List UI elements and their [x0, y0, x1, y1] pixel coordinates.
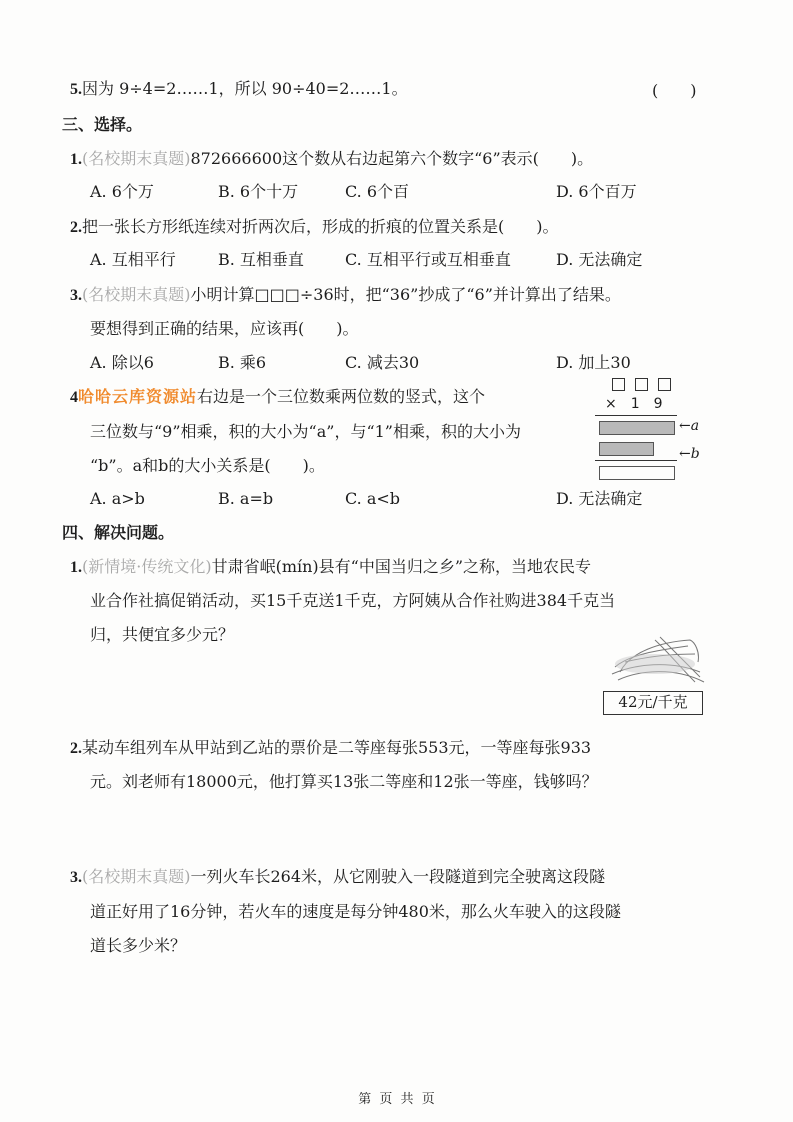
question-text-line2: 业合作社搞促销活动，买15千克送1千克，方阿姨从合作社购进384千克当 [90, 590, 615, 612]
price-tag: 42元/千克 [603, 691, 703, 715]
rule-line [595, 460, 677, 461]
section-title-problems: 四、解决问题。 [62, 522, 174, 544]
question-text-line2: 三位数与“9”相乘，积的大小为“a”，与“1”相乘，积的大小为 [90, 421, 521, 443]
question-5: 5.因为 9÷4=2……1，所以 90÷40=2……1。 [70, 78, 408, 101]
question-number: 4 [70, 389, 78, 406]
option-d[interactable]: D. 无法确定 [556, 488, 642, 510]
product-b-bar [599, 442, 654, 456]
watermark: 哈哈云库资源站 [78, 387, 197, 406]
option-b[interactable]: B. 互相垂直 [218, 249, 304, 271]
option-b[interactable]: B. 6个十万 [218, 181, 298, 203]
problem-2: 2.某动车组列车从甲站到乙站的票价是二等座每张553元，一等座每张933 [70, 737, 591, 760]
option-c[interactable]: C. a<b [345, 488, 400, 510]
question-number: 2. [70, 219, 82, 236]
option-d[interactable]: D. 6个百万 [556, 181, 637, 203]
choice-question-2: 2.把一张长方形纸连续对折两次后，形成的折痕的位置关系是( )。 [70, 216, 559, 239]
question-text-line1: 小明计算□□□÷36时，把“36”抄成了“6”并计算出了结果。 [191, 285, 621, 304]
option-d[interactable]: D. 加上30 [556, 352, 631, 374]
source-tag: (名校期末真题) [82, 149, 191, 168]
option-b[interactable]: B. 乘6 [218, 352, 266, 374]
question-number: 1. [70, 559, 82, 576]
question-text: 872666600这个数从右边起第六个数字“6”表示( )。 [191, 149, 594, 168]
choice-question-4: 4哈哈云库资源站右边是一个三位数乘两位数的竖式，这个 [70, 386, 485, 409]
digit-box [635, 378, 648, 391]
question-text-line3: 归，共便宜多少元？ [90, 624, 234, 646]
rule-line [595, 415, 677, 416]
question-number: 1. [70, 151, 82, 168]
option-c[interactable]: C. 互相平行或互相垂直 [345, 249, 511, 271]
option-c[interactable]: C. 6个百 [345, 181, 409, 203]
option-a[interactable]: A. 除以6 [90, 352, 154, 374]
option-a[interactable]: A. 互相平行 [90, 249, 176, 271]
question-number: 2. [70, 740, 82, 757]
option-a[interactable]: A. a>b [90, 488, 145, 510]
question-text-line1: 一列火车长264米，从它刚驶入一段隧道到完全驶离这段隧 [191, 867, 606, 886]
angelica-herb-illustration [600, 632, 708, 687]
answer-blank[interactable]: ( ) [652, 78, 697, 101]
multiplier: × 1 9 [605, 393, 663, 413]
question-text: 把一张长方形纸连续对折两次后，形成的折痕的位置关系是( )。 [82, 217, 559, 236]
problem-3: 3.(名校期末真题)一列火车长264米，从它刚驶入一段隧道到完全驶离这段隧 [70, 866, 605, 889]
question-number: 3. [70, 869, 82, 886]
digit-box [658, 378, 671, 391]
option-a[interactable]: A. 6个万 [90, 181, 154, 203]
question-text: 因为 9÷4=2……1，所以 90÷40=2……1。 [82, 79, 408, 98]
source-tag: (名校期末真题) [82, 867, 191, 886]
label-b: ←b [679, 446, 700, 462]
source-tag: (名校期末真题) [82, 285, 191, 304]
question-text-line2: 道正好用了16分钟，若火车的速度是每分钟480米，那么火车驶入的这段隧 [90, 901, 621, 923]
question-text-line2: 元。刘老师有18000元，他打算买13张二等座和12张一等座，钱够吗？ [90, 771, 598, 793]
option-c[interactable]: C. 减去30 [345, 352, 419, 374]
question-text-line2: 要想得到正确的结果，应该再( )。 [90, 318, 359, 340]
question-number: 5. [70, 81, 82, 98]
result-bar [599, 466, 675, 480]
question-text-line1: 右边是一个三位数乘两位数的竖式，这个 [197, 387, 485, 406]
choice-question-1: 1.(名校期末真题)872666600这个数从右边起第六个数字“6”表示( )。 [70, 148, 593, 171]
source-tag: (新情境·传统文化) [82, 557, 212, 576]
question-text-line3: “b”。a和b的大小关系是( )。 [90, 455, 325, 477]
product-a-bar [599, 421, 675, 435]
option-d[interactable]: D. 无法确定 [556, 249, 642, 271]
page-footer: 第 页 共 页 [0, 1088, 793, 1107]
option-b[interactable]: B. a=b [218, 488, 273, 510]
question-text-line1: 某动车组列车从甲站到乙站的票价是二等座每张553元，一等座每张933 [82, 738, 591, 757]
question-text-line3: 道长多少米？ [90, 935, 186, 957]
vertical-multiplication-diagram: × 1 9 ←a ←b [595, 378, 715, 488]
digit-box [612, 378, 625, 391]
choice-question-3: 3.(名校期末真题)小明计算□□□÷36时，把“36”抄成了“6”并计算出了结果… [70, 284, 621, 307]
question-number: 3. [70, 287, 82, 304]
question-text-line1: 甘肃省岷(mín)县有“中国当归之乡”之称，当地农民专 [212, 557, 591, 576]
problem-1: 1.(新情境·传统文化)甘肃省岷(mín)县有“中国当归之乡”之称，当地农民专 [70, 556, 591, 579]
section-title-choice: 三、选择。 [62, 114, 142, 136]
label-a: ←a [679, 418, 699, 434]
